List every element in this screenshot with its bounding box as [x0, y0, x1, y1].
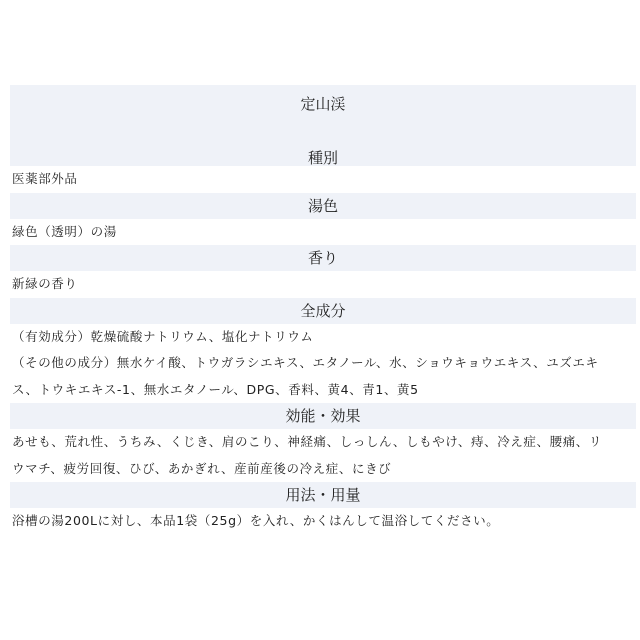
- effects-line: ウマチ、疲労回復、ひび、あかぎれ、産前産後の冷え症、にきび: [10, 456, 636, 483]
- usage-value: 浴槽の湯200Lに対し、本品1袋（25g）を入れ、かくはんして温浴してください。: [10, 508, 636, 535]
- ingredients-line: ス、トウキエキス-1、無水エタノール、DPG、香料、黄4、青1、黄5: [10, 377, 636, 404]
- type-value: 医薬部外品: [10, 166, 636, 193]
- effects-line: あせも、荒れ性、うちみ、くじき、肩のこり、神経痛、しっしん、しもやけ、痔、冷え症…: [10, 429, 636, 456]
- section-heading-color: 湯色: [10, 193, 636, 219]
- section-heading-scent: 香り: [10, 245, 636, 271]
- section-heading-effects: 効能・効果: [10, 403, 636, 429]
- ingredients-line: （その他の成分）無水ケイ酸、トウガラシエキス、エタノール、水、ショウキョウエキス…: [10, 350, 636, 377]
- product-info-table: 定山渓 種別 医薬部外品 湯色 緑色（透明）の湯 香り 新緑の香り 全成分 （有…: [10, 85, 636, 535]
- product-title: 定山渓: [10, 93, 636, 114]
- title-band: 定山渓 種別: [10, 85, 636, 166]
- scent-value: 新緑の香り: [10, 271, 636, 298]
- section-heading-type: 種別: [10, 147, 636, 168]
- ingredients-line: （有効成分）乾燥硫酸ナトリウム、塩化ナトリウム: [10, 324, 636, 351]
- color-value: 緑色（透明）の湯: [10, 219, 636, 246]
- section-heading-usage: 用法・用量: [10, 482, 636, 508]
- section-heading-ingredients: 全成分: [10, 298, 636, 324]
